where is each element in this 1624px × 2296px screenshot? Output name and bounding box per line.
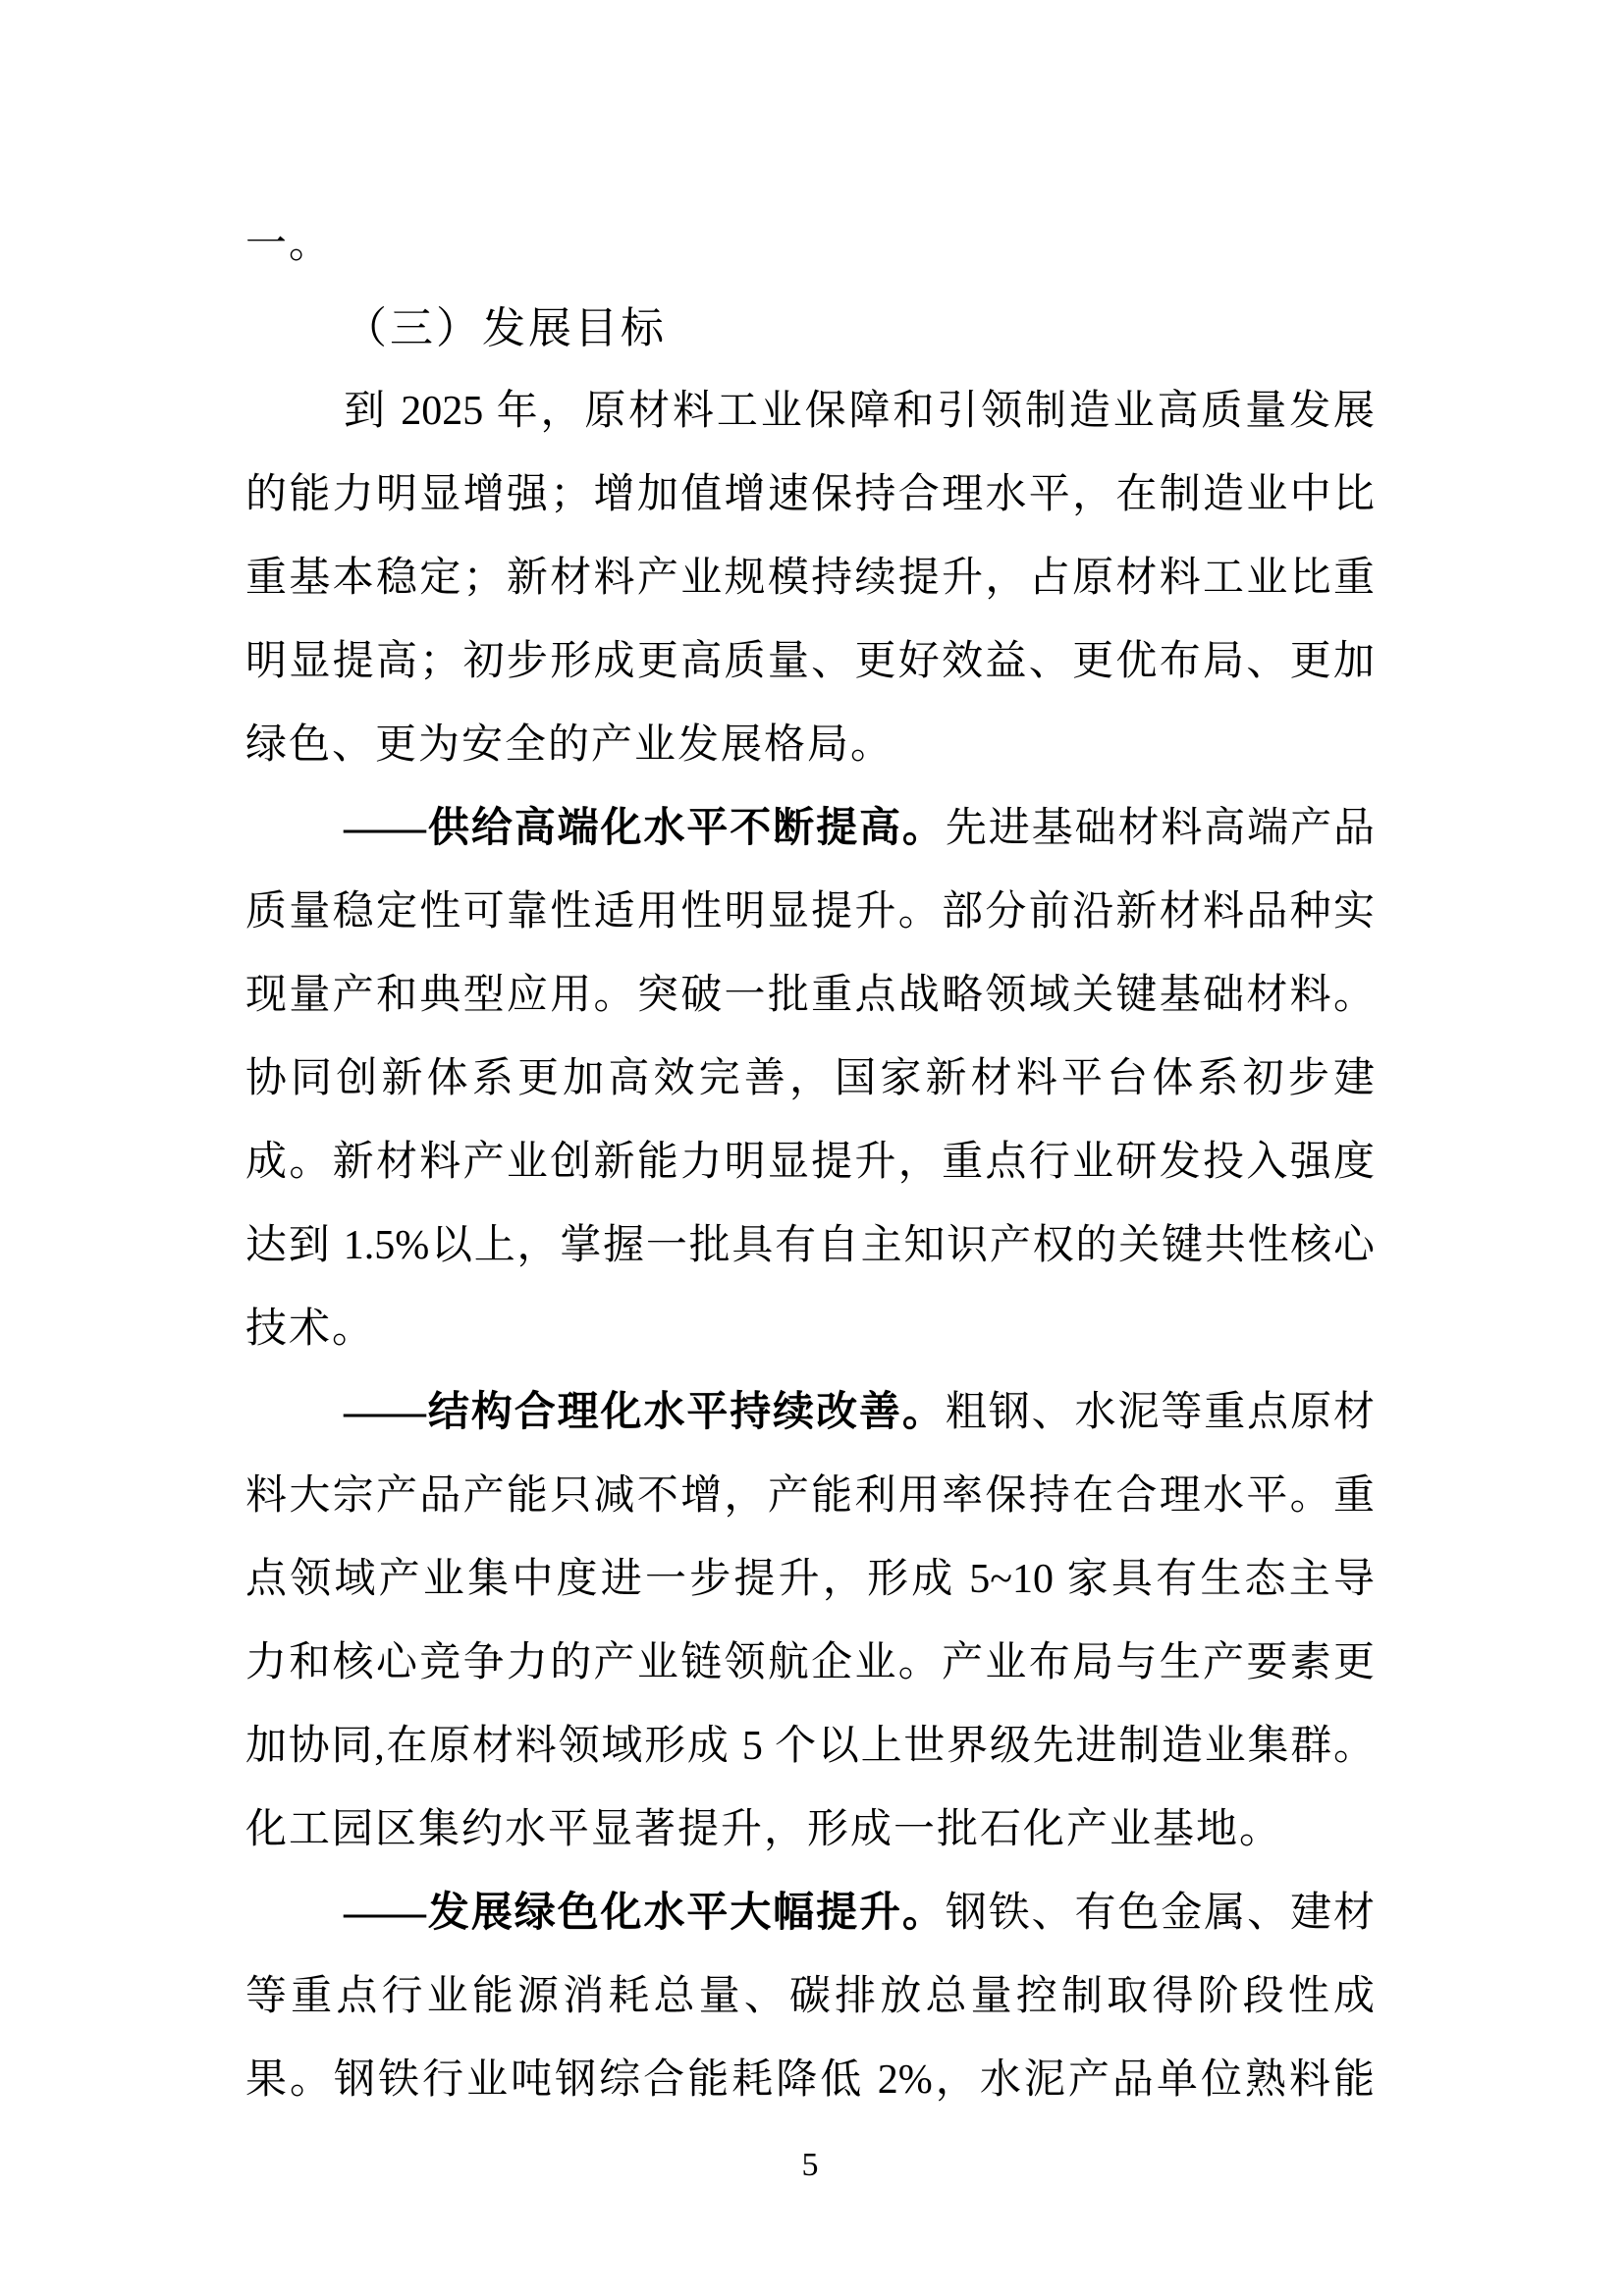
- text-line: 加协同,在原材料领域形成 5 个以上世界级先进制造业集群。: [245, 1705, 1375, 1789]
- lead-line-rest: 钢铁、有色金属、建材: [946, 1891, 1375, 1936]
- text-line: 等重点行业能源消耗总量、碳排放总量控制取得阶段性成: [245, 1955, 1375, 2039]
- document-body: 一。 （三）发展目标 到 2025 年，原材料工业保障和引领制造业高质量发展 的…: [245, 203, 1375, 2122]
- text-line: 协同创新体系更加高效完善，国家新材料平台体系初步建: [245, 1038, 1375, 1121]
- text-line: 重基本稳定；新材料产业规模持续提升，占原材料工业比重: [245, 537, 1375, 620]
- lead-line-rest: 粗钢、水泥等重点原材: [946, 1390, 1375, 1435]
- text-line: 料大宗产品产能只减不增，产能利用率保持在合理水平。重: [245, 1455, 1375, 1538]
- paragraph-lead: 结构合理化水平持续改善。: [426, 1390, 946, 1435]
- em-dash: ——: [344, 1390, 426, 1435]
- text-line: 现量产和典型应用。突破一批重点战略领域关键基础材料。: [245, 954, 1375, 1038]
- text-line: 化工园区集约水平显著提升，形成一批石化产业基地。: [245, 1789, 1375, 1872]
- em-dash: ——: [344, 1891, 426, 1936]
- paragraph-lead-line: ——供给高端化水平不断提高。先进基础材料高端产品: [245, 787, 1375, 871]
- paragraph-lead: 发展绿色化水平大幅提升。: [426, 1891, 946, 1936]
- document-page: 一。 （三）发展目标 到 2025 年，原材料工业保障和引领制造业高质量发展 的…: [0, 0, 1624, 2296]
- text-line: 力和核心竞争力的产业链领航企业。产业布局与生产要素更: [245, 1622, 1375, 1705]
- text-line: 绿色、更为安全的产业发展格局。: [245, 704, 1375, 787]
- text-line: 到 2025 年，原材料工业保障和引领制造业高质量发展: [245, 370, 1375, 454]
- text-line: 技术。: [245, 1288, 1375, 1371]
- page-number: 5: [245, 2123, 1375, 2207]
- text-line: 成。新材料产业创新能力明显提升，重点行业研发投入强度: [245, 1121, 1375, 1204]
- paragraph-lead-line: ——结构合理化水平持续改善。粗钢、水泥等重点原材: [245, 1371, 1375, 1455]
- paragraph-fragment-line: 一。: [245, 203, 1375, 287]
- paragraph-lead: 供给高端化水平不断提高。: [426, 806, 946, 851]
- lead-line-rest: 先进基础材料高端产品: [946, 806, 1375, 851]
- em-dash: ——: [344, 806, 426, 851]
- text-line: 果。钢铁行业吨钢综合能耗降低 2%，水泥产品单位熟料能: [245, 2039, 1375, 2122]
- section-heading: （三）发展目标: [245, 287, 1375, 370]
- text-line: 明显提高；初步形成更高质量、更好效益、更优布局、更加: [245, 620, 1375, 704]
- text-line: 达到 1.5%以上，掌握一批具有自主知识产权的关键共性核心: [245, 1204, 1375, 1288]
- text-line: 的能力明显增强；增加值增速保持合理水平，在制造业中比: [245, 454, 1375, 537]
- paragraph-lead-line: ——发展绿色化水平大幅提升。钢铁、有色金属、建材: [245, 1872, 1375, 1955]
- text-line: 质量稳定性可靠性适用性明显提升。部分前沿新材料品种实: [245, 871, 1375, 954]
- text-line: 点领域产业集中度进一步提升，形成 5~10 家具有生态主导: [245, 1538, 1375, 1622]
